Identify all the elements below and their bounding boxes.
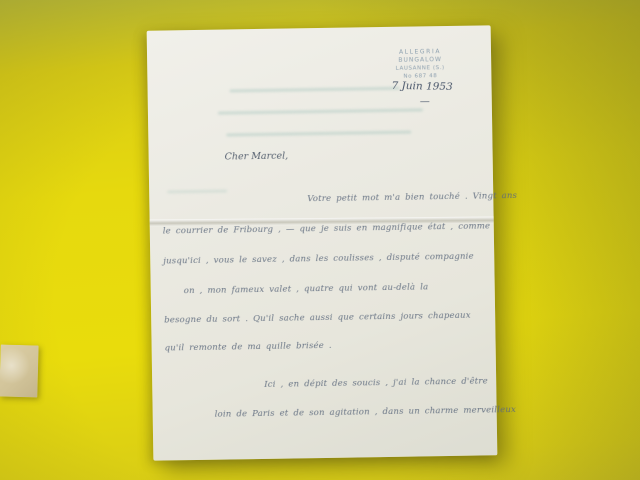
showthrough-mark: [167, 189, 227, 193]
body-line: on , mon fameux valet , quatre qui vont …: [184, 282, 429, 296]
body-line: besogne du sort . Qu'il sache aussi que …: [164, 311, 471, 326]
salutation: Cher Marcel,: [225, 151, 289, 163]
showthrough-mark: [226, 131, 411, 137]
letterhead: ALLEGRIA BUNGALOW LAUSANNE (S.) No 687 4…: [377, 48, 463, 81]
date-underline-dash: —: [420, 96, 430, 107]
showthrough-mark: [218, 108, 423, 114]
body-line: jusqu'ici , vous le savez , dans les cou…: [163, 252, 474, 267]
letter-paper: ALLEGRIA BUNGALOW LAUSANNE (S.) No 687 4…: [147, 25, 498, 460]
body-line: qu'il remonte de ma quille brisée .: [165, 341, 332, 354]
body-line: Ici , en dépit des soucis , j'ai la chan…: [264, 376, 488, 390]
handwritten-date: 7 Juin 1953: [391, 80, 452, 93]
torn-paper-chip: [0, 345, 39, 398]
photo-of-letter: ALLEGRIA BUNGALOW LAUSANNE (S.) No 687 4…: [0, 0, 640, 480]
body-line: Votre petit mot m'a bien touché . Vingt …: [307, 191, 517, 204]
body-line: loin de Paris et de son agitation , dans…: [215, 405, 516, 420]
showthrough-mark: [230, 87, 400, 93]
